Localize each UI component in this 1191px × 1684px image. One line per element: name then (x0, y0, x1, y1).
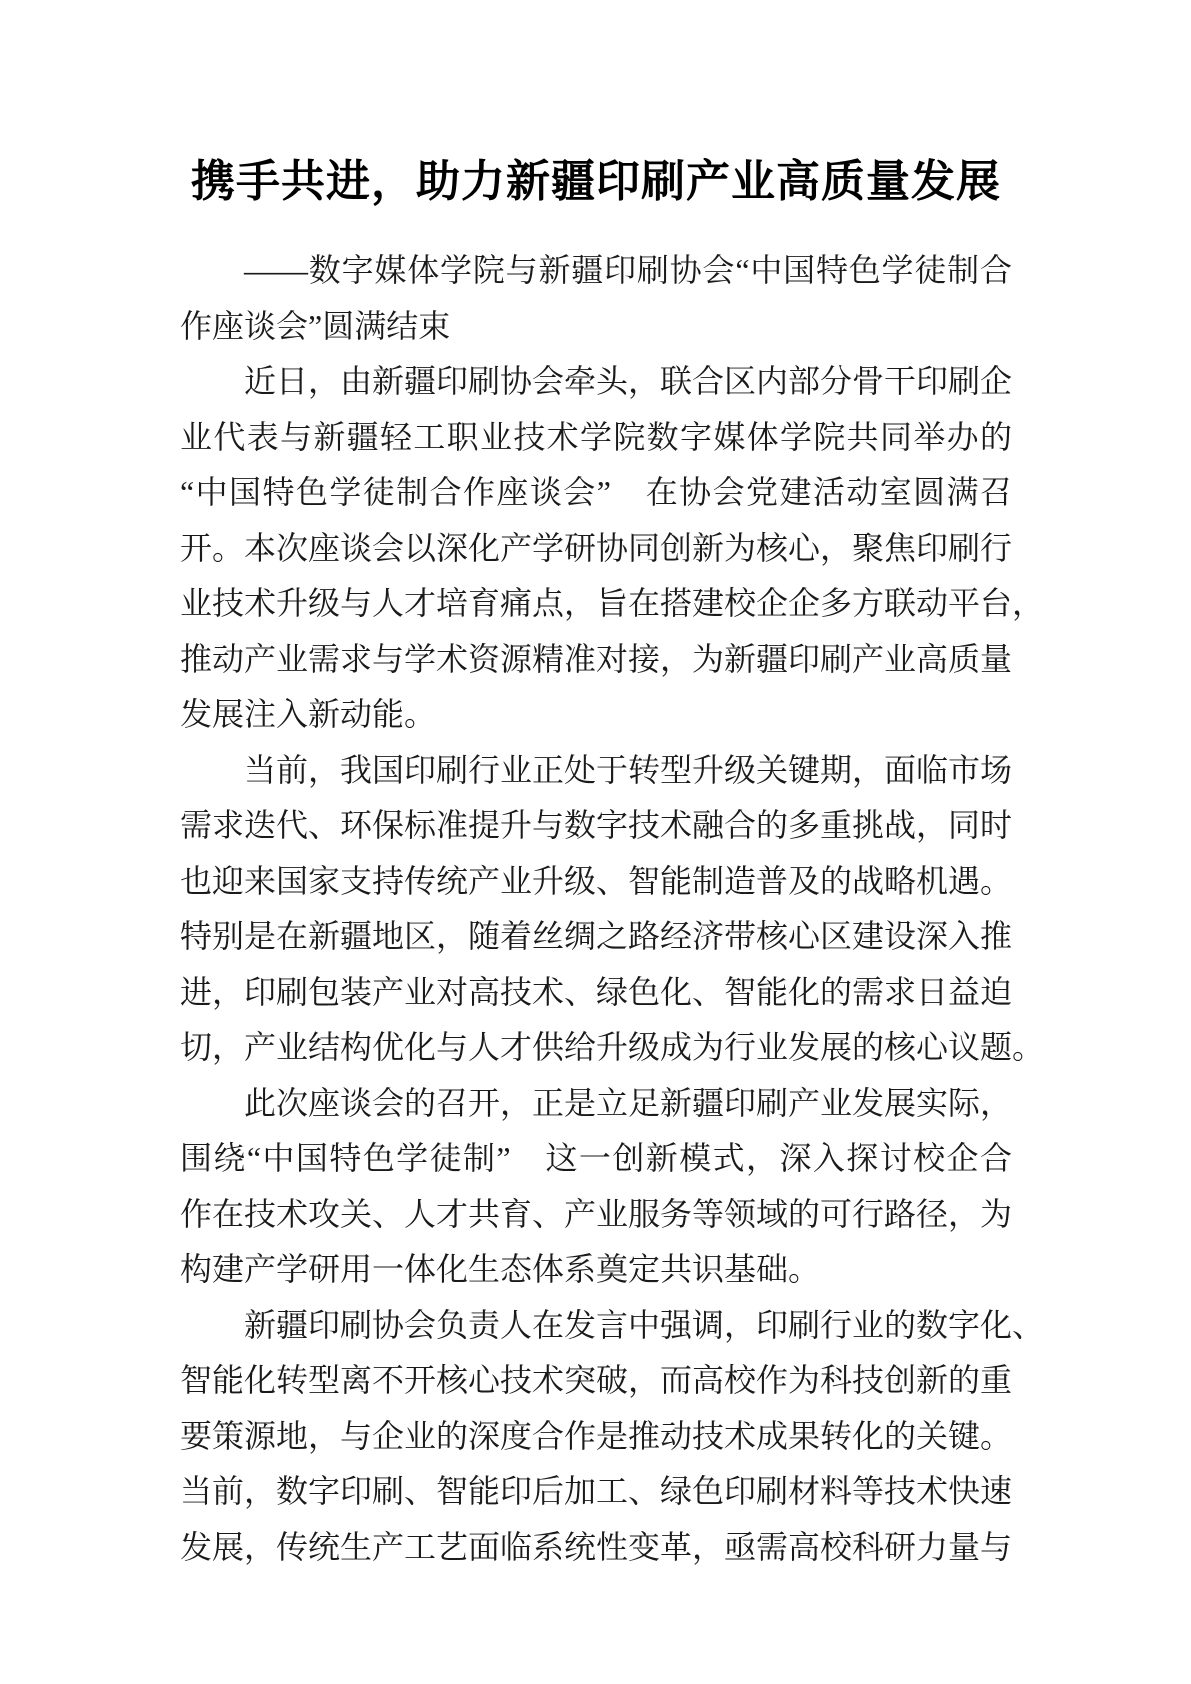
body-line: 推动产业需求与学术资源精准对接，为新疆印刷产业高质量 (180, 632, 1012, 688)
body-line: 构建产学研用一体化生态体系奠定共识基础。 (180, 1242, 1012, 1298)
document-content: 携手共进，助力新疆印刷产业高质量发展 ——数字媒体学院与新疆印刷协会“中国特色学… (180, 0, 1012, 1575)
body-line: 作在技术攻关、人才共育、产业服务等领域的可行路径，为 (180, 1187, 1012, 1243)
body-line: 特别是在新疆地区，随着丝绸之路经济带核心区建设深入推 (180, 909, 1012, 965)
body-line: 当前，数字印刷、智能印后加工、绿色印刷材料等技术快速 (180, 1464, 1012, 1520)
subtitle-line: ——数字媒体学院与新疆印刷协会“中国特色学徒制合 (180, 243, 1012, 299)
body-line: 需求迭代、环保标准提升与数字技术融合的多重挑战，同时 (180, 798, 1012, 854)
body-line: 当前，我国印刷行业正处于转型升级关键期，面临市场 (180, 743, 1012, 799)
body-line: 开。本次座谈会以深化产学研协同创新为核心，聚焦印刷行 (180, 521, 1012, 577)
subtitle-line: 作座谈会”圆满结束 (180, 299, 1012, 355)
body-line: 发展注入新动能。 (180, 687, 1012, 743)
document-title: 携手共进，助力新疆印刷产业高质量发展 (180, 0, 1012, 208)
body-line: 此次座谈会的召开，正是立足新疆印刷产业发展实际， (180, 1076, 1012, 1132)
document-page: 携手共进，助力新疆印刷产业高质量发展 ——数字媒体学院与新疆印刷协会“中国特色学… (0, 0, 1191, 1684)
body-line: “中国特色学徒制合作座谈会” 在协会党建活动室圆满召 (180, 465, 1012, 521)
body-line: 要策源地，与企业的深度合作是推动技术成果转化的关键。 (180, 1409, 1012, 1465)
body-line: 围绕“中国特色学徒制” 这一创新模式，深入探讨校企合 (180, 1131, 1012, 1187)
body-line: 智能化转型离不开核心技术突破，而高校作为科技创新的重 (180, 1353, 1012, 1409)
body-line: 业代表与新疆轻工职业技术学院数字媒体学院共同举办的 (180, 410, 1012, 466)
document-body: ——数字媒体学院与新疆印刷协会“中国特色学徒制合作座谈会”圆满结束近日，由新疆印… (180, 243, 1012, 1575)
body-line: 业技术升级与人才培育痛点，旨在搭建校企企多方联动平台， (180, 576, 1012, 632)
body-line: 也迎来国家支持传统产业升级、智能制造普及的战略机遇。 (180, 854, 1012, 910)
body-line: 近日，由新疆印刷协会牵头，联合区内部分骨干印刷企 (180, 354, 1012, 410)
body-line: 发展，传统生产工艺面临系统性变革，亟需高校科研力量与 (180, 1520, 1012, 1576)
body-line: 进，印刷包装产业对高技术、绿色化、智能化的需求日益迫 (180, 965, 1012, 1021)
body-line: 切，产业结构优化与人才供给升级成为行业发展的核心议题。 (180, 1020, 1012, 1076)
body-line: 新疆印刷协会负责人在发言中强调，印刷行业的数字化、 (180, 1298, 1012, 1354)
